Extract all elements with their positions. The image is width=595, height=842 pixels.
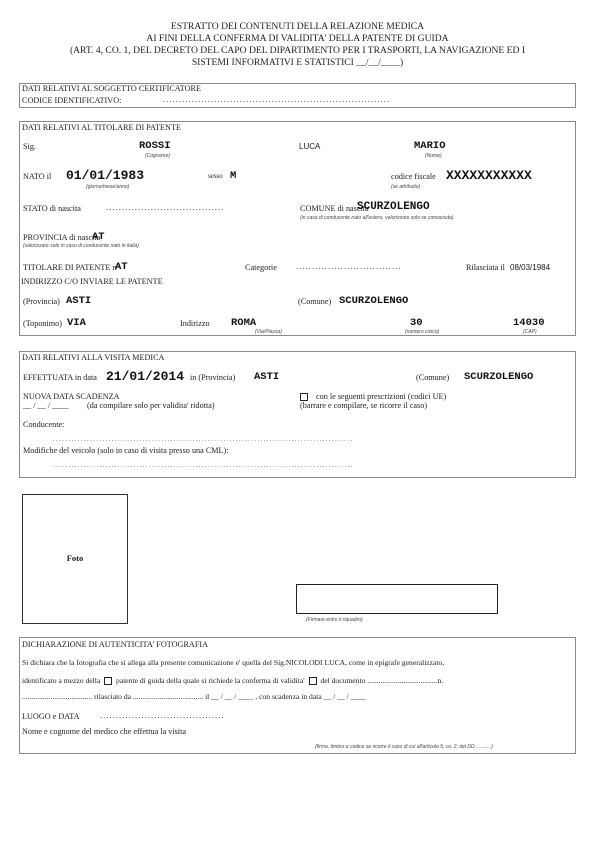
certifier-heading: DATI RELATIVI AL SOGGETTO CERTIFICATORE: [22, 84, 201, 93]
name-hint: (Nome): [425, 153, 442, 159]
doctor-signature-hint: (firma, timbro e codice se ricorre il ca…: [315, 744, 493, 750]
birth-city-hint: (in caso di conducente nato all'estero, …: [300, 215, 454, 221]
new-expiry-label: NUOVA DATA SCADENZA: [23, 392, 120, 401]
place-date-field[interactable]: .......................................: [100, 711, 225, 720]
visit-date-field[interactable]: 21/01/2014: [106, 369, 184, 384]
province-field[interactable]: ASTI: [66, 295, 91, 307]
prescriptions-checkbox[interactable]: [300, 393, 308, 401]
address-heading: INDIRIZZO C/O INVIARE LE PATENTE: [21, 277, 163, 286]
birth-state-label: STATO di nascita: [23, 204, 81, 213]
doc-title-line-3: (ART. 4, CO. 1, DEL DECRETO DEL CAPO DEL…: [0, 45, 595, 57]
surname-field[interactable]: ROSSI: [139, 140, 171, 152]
surname-hint: (Cognome): [145, 153, 170, 159]
declaration-line-3: ..................................... ri…: [22, 692, 366, 701]
driver-field[interactable]: ........................................…: [53, 437, 354, 443]
visit-province-label: in (Provincia): [190, 373, 235, 382]
certifier-code-label: CODICE IDENTIFICATIVO:: [22, 96, 121, 105]
vehicle-field[interactable]: ........................................…: [53, 463, 354, 469]
declaration-line-2: identificato a mezzo della patente di gu…: [22, 676, 443, 685]
sig-label: Sig.: [23, 142, 36, 151]
visit-city-label: (Comune): [416, 373, 449, 382]
declaration-line-2c: del documento ..........................…: [320, 676, 443, 685]
visit-city-field[interactable]: SCURZOLENGO: [464, 371, 533, 383]
categories-label: Categorie: [245, 263, 277, 272]
street-hint: (Via/Piazza): [255, 329, 282, 335]
document-checkbox[interactable]: [309, 677, 317, 685]
doc-title-line-1: ESTRATTO DEI CONTENUTI DELLA RELAZIONE M…: [0, 21, 595, 33]
prescriptions-label: con le seguenti prescrizioni (codici UE): [316, 392, 446, 401]
certifier-code-field[interactable]: ........................................…: [163, 95, 390, 104]
sex-field[interactable]: M: [230, 170, 236, 182]
birth-province-label: PROVINCIA di nascita: [23, 233, 100, 242]
prescriptions-hint: (barrare e compilare, se ricorre il caso…: [300, 401, 427, 410]
signature-box[interactable]: [296, 584, 498, 614]
tax-code-field[interactable]: XXXXXXXXXXX: [446, 168, 532, 183]
tax-code-label: codice fiscale: [391, 172, 436, 181]
vehicle-label: Modifiche del veicolo (solo in caso di v…: [23, 446, 229, 455]
declaration-heading: DICHIARAZIONE DI AUTENTICITA' FOTOGRAFIA: [22, 640, 208, 649]
birth-city-field[interactable]: SCURZOLENGO: [357, 201, 430, 213]
driver-label: Conducente:: [23, 420, 64, 429]
license-number-field[interactable]: AT: [115, 261, 128, 273]
declaration-line-1: Si dichiara che la fotografia che si all…: [22, 658, 444, 667]
birth-date-hint: (giorno/mese/anno): [86, 184, 129, 190]
place-date-label: LUOGO e DATA: [22, 712, 80, 721]
tax-code-hint: (se attribuito): [391, 184, 420, 190]
categories-field[interactable]: .................................: [296, 262, 402, 271]
photo-label: Foto: [23, 553, 127, 563]
license-checkbox[interactable]: [104, 677, 112, 685]
declaration-line-2a: identificato a mezzo della: [22, 676, 100, 685]
name-field[interactable]: MARIO: [414, 140, 446, 152]
license-label: TITOLARE DI PATENTE n°: [23, 263, 120, 272]
birth-state-field[interactable]: .....................................: [106, 203, 224, 212]
toponym-label: (Toponimo): [23, 319, 62, 328]
signature-hint: (Firmare entro il riquadro): [306, 617, 363, 623]
visit-province-field[interactable]: ASTI: [254, 371, 279, 383]
cap-field[interactable]: 14030: [513, 317, 545, 329]
visit-date-label: EFFETTUATA in data: [23, 373, 97, 382]
city-label: (Comune): [298, 297, 331, 306]
new-expiry-field[interactable]: __ / __ / ____: [23, 401, 69, 410]
birth-province-hint: (valorizzare solo in caso di conducente …: [23, 243, 139, 249]
sex-label: sesso: [208, 172, 223, 180]
new-expiry-hint: (da compilare solo per validita' ridotta…: [87, 401, 215, 410]
issued-label: Rilasciata il: [466, 263, 505, 272]
issued-date-field[interactable]: 08/03/1984: [510, 263, 550, 272]
doctor-label: Nome e cognome del medico che effettua l…: [22, 727, 186, 736]
city-field[interactable]: SCURZOLENGO: [339, 295, 408, 307]
civic-number-hint: (numero civico): [405, 329, 439, 335]
province-label: (Provincia): [23, 297, 60, 306]
civic-number-field[interactable]: 30: [410, 317, 423, 329]
extra-name-text: LUCA: [299, 142, 320, 151]
address-label: Indirizzo: [180, 319, 210, 328]
photo-box[interactable]: Foto: [22, 494, 128, 624]
street-field[interactable]: ROMA: [231, 317, 256, 329]
birth-date-field[interactable]: 01/01/1983: [66, 168, 144, 183]
holder-heading: DATI RELATIVI AL TITOLARE DI PATENTE: [22, 123, 181, 132]
born-label: NATO il: [23, 172, 51, 181]
cap-hint: (CAP): [523, 329, 537, 335]
declaration-line-2b: patente di guida della quale si richiede…: [116, 676, 305, 685]
birth-province-field[interactable]: AT: [92, 231, 105, 243]
toponym-field[interactable]: VIA: [67, 317, 86, 329]
doc-title-line-4: SISTEMI INFORMATIVI E STATISTICI __/__/_…: [0, 57, 595, 69]
visit-heading: DATI RELATIVI ALLA VISITA MEDICA: [22, 353, 164, 362]
doc-title-line-2: AI FINI DELLA CONFERMA DI VALIDITA' DELL…: [0, 33, 595, 45]
